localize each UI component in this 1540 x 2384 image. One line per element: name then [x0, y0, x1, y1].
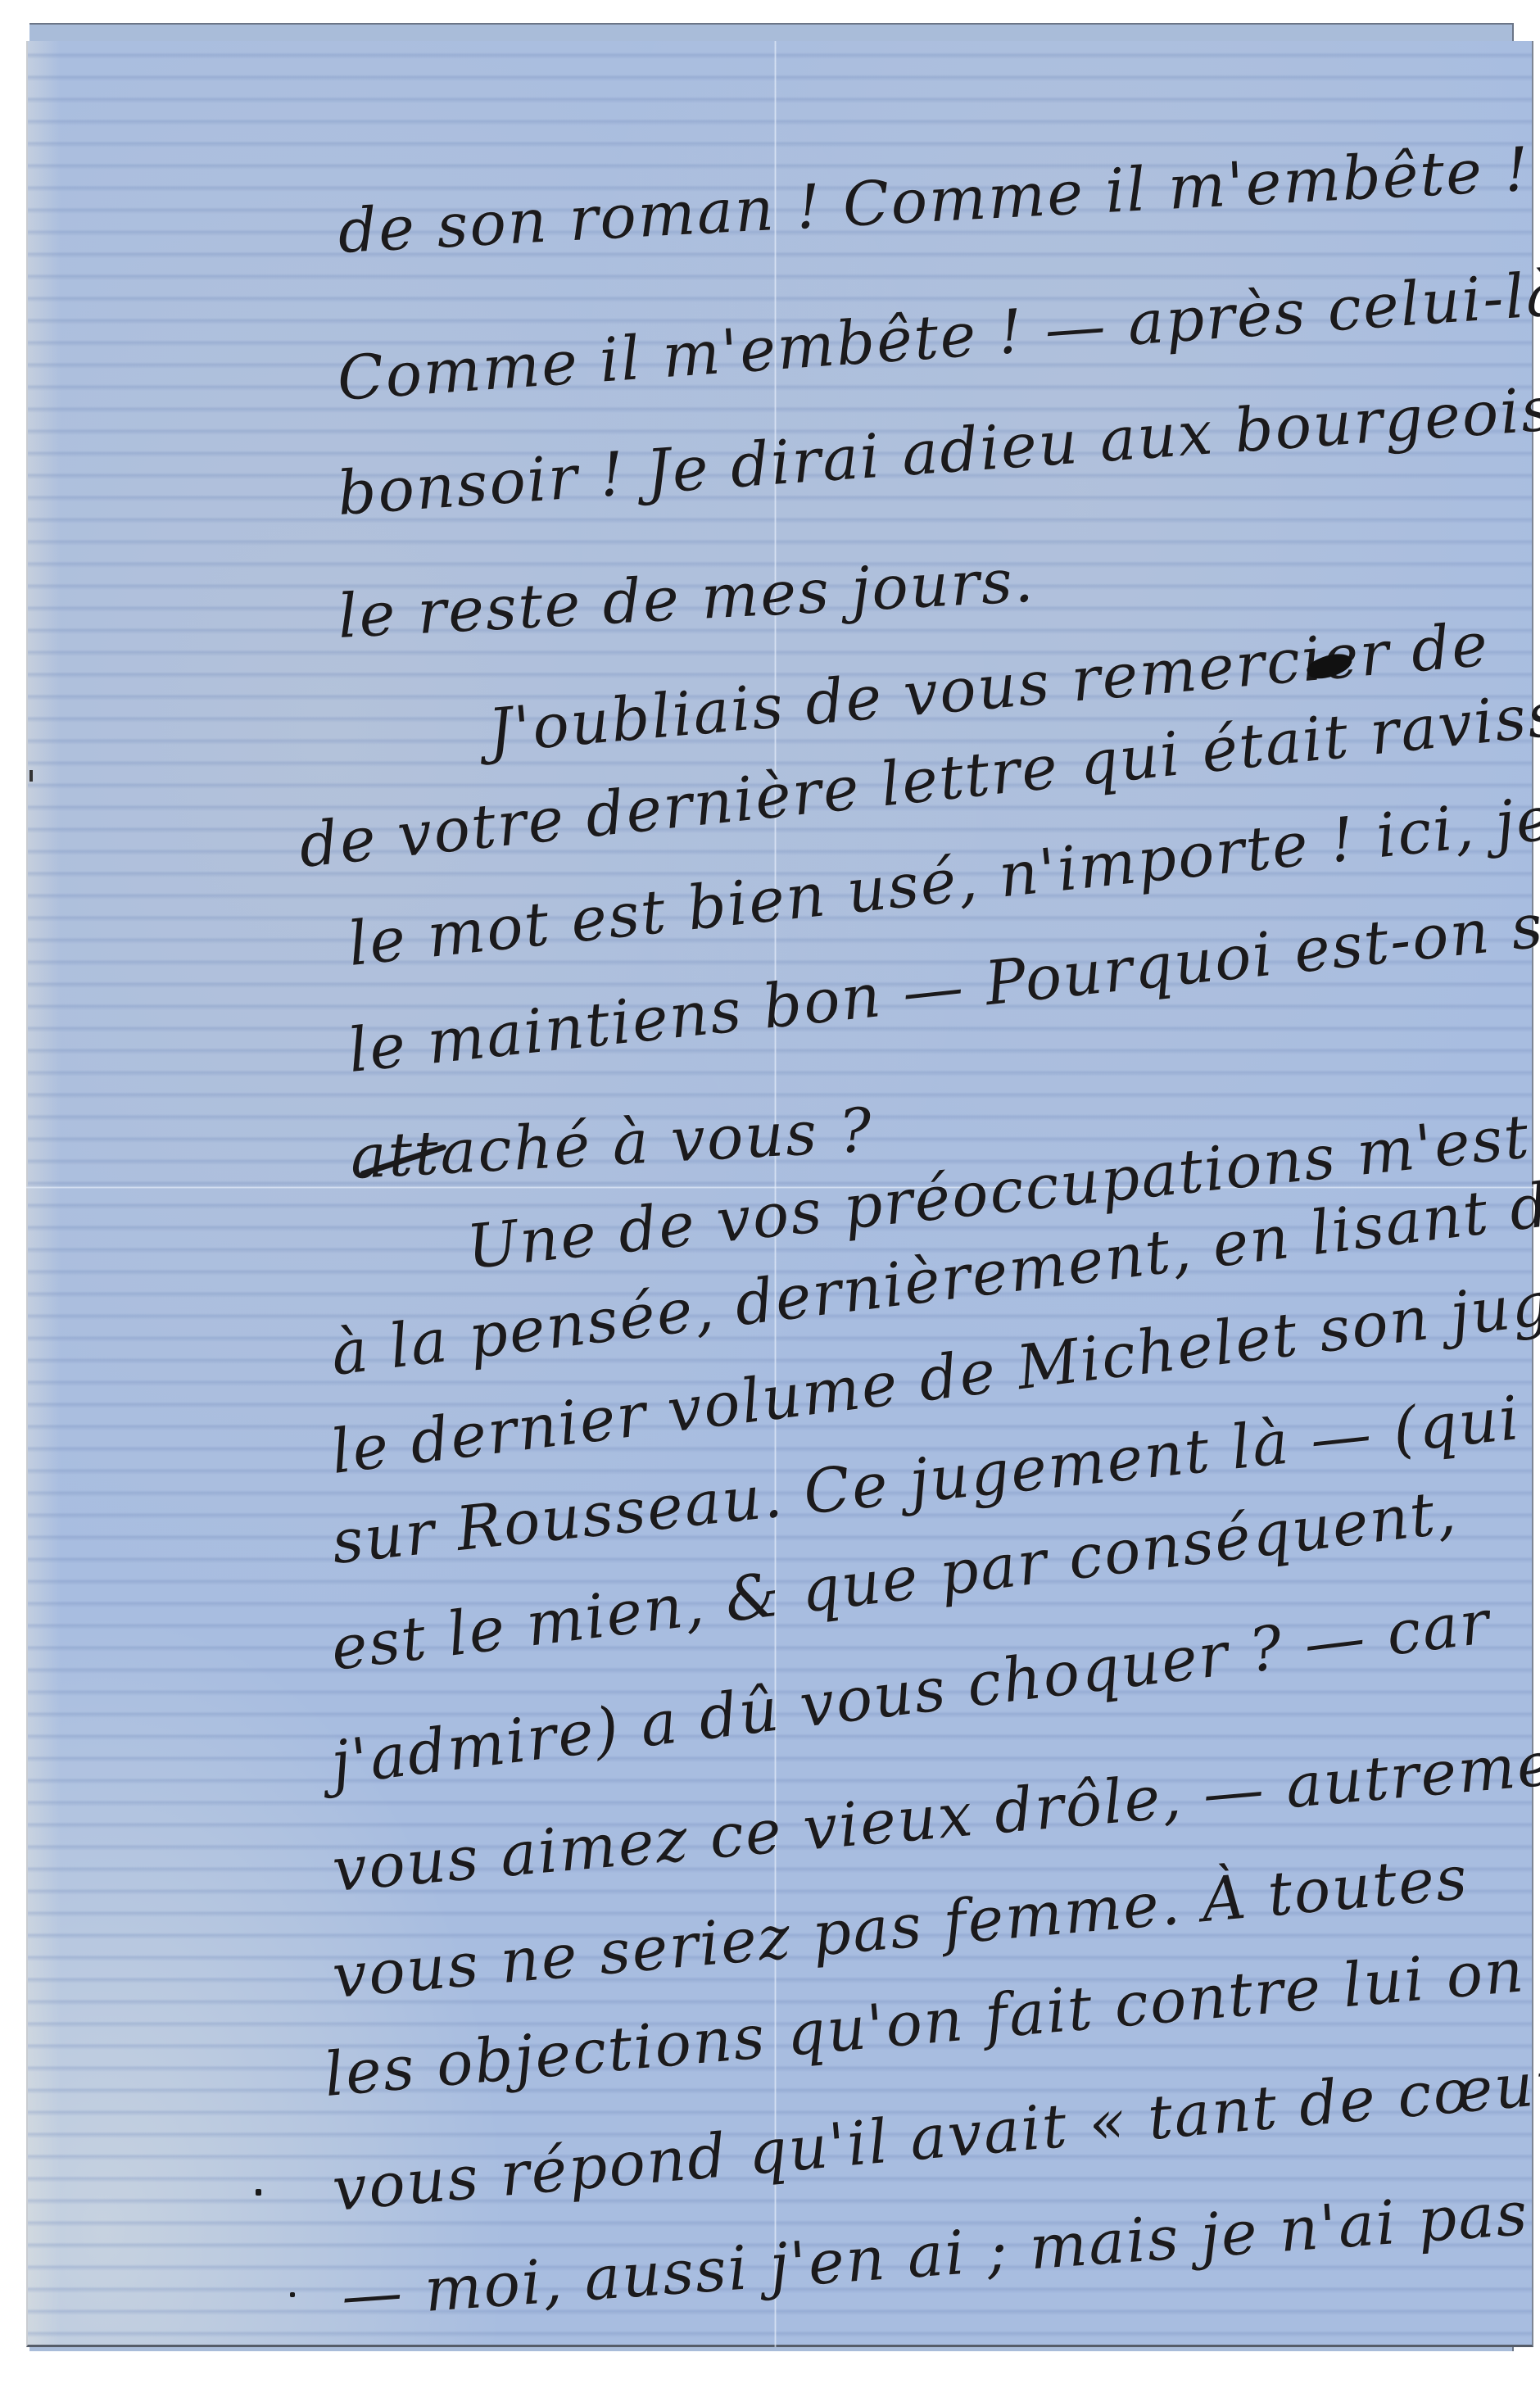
ink-speck — [256, 2189, 261, 2196]
edge-mark — [29, 770, 33, 782]
ink-speck — [290, 2292, 295, 2297]
